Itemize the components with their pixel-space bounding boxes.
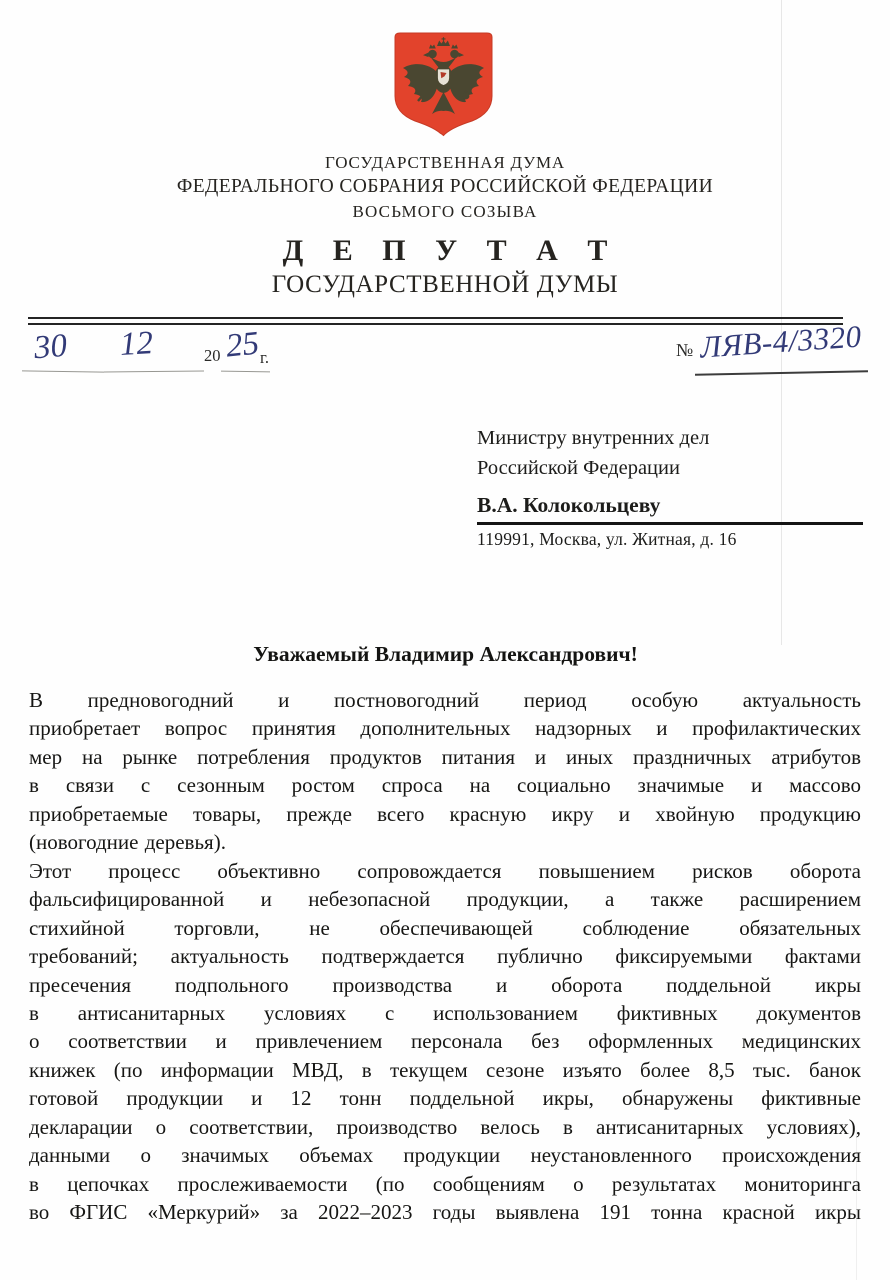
printed-year-prefix: 20 (204, 346, 221, 366)
date-underline-year (221, 371, 270, 373)
paragraph-2: Этот процесс объективно сопровождается п… (29, 857, 861, 1227)
addressee-divider (477, 522, 863, 525)
date-underline-month (104, 370, 204, 372)
body-text-line: книжек (по информации МВД, в текущем сез… (29, 1056, 861, 1084)
body-text-line: приобретаемые товары, прежде всего красн… (29, 800, 861, 828)
body-text-line: В предновогодний и постновогодний период… (29, 686, 861, 714)
addressee-block: Министру внутренних дел Российской Федер… (477, 423, 869, 550)
body-text-line: мер на рынке потребления продуктов питан… (29, 743, 861, 771)
sender-title-line1: Д Е П У Т А Т (0, 234, 890, 268)
body-text-line: в антисанитарных условиях с использовани… (29, 999, 861, 1027)
letterhead: ГОСУДАРСТВЕННАЯ ДУМА ФЕДЕРАЛЬНОГО СОБРАН… (0, 153, 890, 299)
body-text-line: о соответствии и привлечением персонала … (29, 1027, 861, 1055)
body-text-line: в цепочках прослеживаемости (по сообщени… (29, 1170, 861, 1198)
letter-body: В предновогодний и постновогодний период… (29, 686, 861, 1227)
document-number-label: № (676, 340, 693, 361)
body-text-line: (новогодние деревья). (29, 828, 861, 856)
handwritten-year: 25 (224, 325, 261, 365)
handwritten-day: 30 (32, 328, 68, 368)
body-text-line: готовой продукции и 12 тонн поддельной и… (29, 1084, 861, 1112)
addressee-address: 119991, Москва, ул. Житная, д. 16 (477, 529, 869, 550)
body-text-line: пресечения подпольного производства и об… (29, 971, 861, 999)
sender-title-line2: ГОСУДАРСТВЕННОЙ ДУМЫ (0, 271, 890, 299)
printed-year-suffix: г. (260, 348, 269, 368)
date-underline-day (22, 370, 104, 372)
org-name-line3: ВОСЬМОГО СОЗЫВА (0, 202, 890, 222)
org-name-line1: ГОСУДАРСТВЕННАЯ ДУМА (0, 153, 890, 173)
body-text-line: фальсифицированной и небезопасной продук… (29, 885, 861, 913)
handwritten-document-number: ЛЯВ-4/3320 (699, 318, 863, 365)
body-text-line: стихийной торговли, не обеспечивающей со… (29, 914, 861, 942)
body-text-line: во ФГИС «Меркурий» за 2022–2023 годы выя… (29, 1198, 861, 1226)
body-text-line: требований; актуальность подтверждается … (29, 942, 861, 970)
letterhead-divider (28, 317, 843, 325)
body-text-line: Этот процесс объективно сопровождается п… (29, 857, 861, 885)
body-text-line: в связи с сезонным ростом спроса на соци… (29, 771, 861, 799)
addressee-position-line1: Министру внутренних дел (477, 423, 869, 453)
handwritten-month: 12 (119, 325, 154, 364)
salutation: Уважаемый Владимир Александрович! (30, 642, 861, 667)
addressee-name: В.А. Колокольцеву (477, 493, 869, 518)
paragraph-1: В предновогодний и постновогодний период… (29, 686, 861, 857)
body-text-line: данными о значимых объемах продукции неу… (29, 1141, 861, 1169)
org-name-line2: ФЕДЕРАЛЬНОГО СОБРАНИЯ РОССИЙСКОЙ ФЕДЕРАЦ… (0, 176, 890, 198)
russia-coat-of-arms-icon (386, 30, 501, 137)
addressee-position-line2: Российской Федерации (477, 453, 869, 483)
body-text-line: приобретает вопрос принятия дополнительн… (29, 714, 861, 742)
body-text-line: декларации о соответствии, производство … (29, 1113, 861, 1141)
scanned-letter-page: ГОСУДАРСТВЕННАЯ ДУМА ФЕДЕРАЛЬНОГО СОБРАН… (0, 0, 890, 1280)
